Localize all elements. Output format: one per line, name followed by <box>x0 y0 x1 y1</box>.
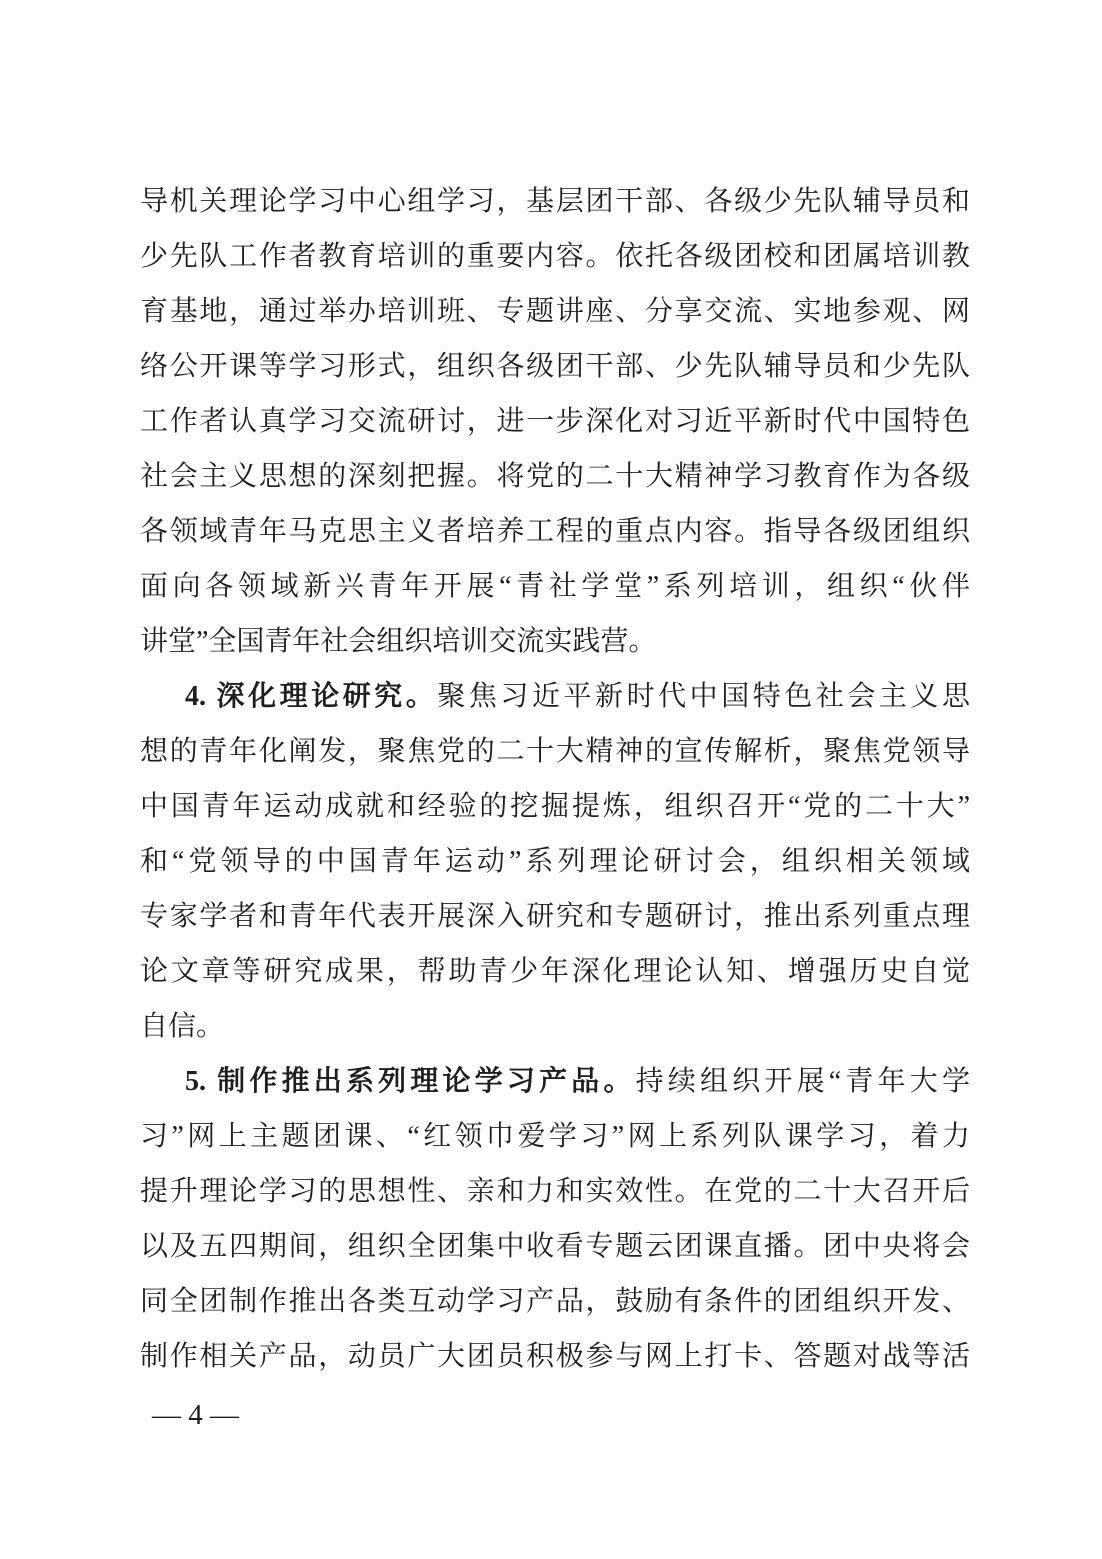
text-line: 络公开课等学习形式，组织各级团干部、少先队辅导员和少先队 <box>140 339 970 394</box>
text-line: 制作相关产品，动员广大团员积极参与网上打卡、答题对战等活 <box>140 1329 970 1384</box>
text-line: 论文章等研究成果，帮助青少年深化理论认知、增强历史自觉 <box>140 944 970 999</box>
text-line: 5. 制作推出系列理论学习产品。持续组织开展“青年大学 <box>140 1054 970 1109</box>
text-line: 和“党领导的中国青年运动”系列理论研讨会，组织相关领域 <box>140 834 970 889</box>
text-line: 专家学者和青年代表开展深入研究和专题研讨，推出系列重点理 <box>140 889 970 944</box>
document-body: 导机关理论学习中心组学习，基层团干部、各级少先队辅导员和少先队工作者教育培训的重… <box>140 174 970 1384</box>
text-line: 以及五四期间，组织全团集中收看专题云团课直播。团中央将会 <box>140 1219 970 1274</box>
text-line: 少先队工作者教育培训的重要内容。依托各级团校和团属培训教 <box>140 229 970 284</box>
text-line: 各领域青年马克思主义者培养工程的重点内容。指导各级团组织 <box>140 504 970 559</box>
document-page: 导机关理论学习中心组学习，基层团干部、各级少先队辅导员和少先队工作者教育培训的重… <box>0 0 1102 1559</box>
paragraph-lead-bold: 5. 制作推出系列理论学习产品。 <box>185 1066 636 1097</box>
text-line: 提升理论学习的思想性、亲和力和实效性。在党的二十大召开后 <box>140 1164 970 1219</box>
text-line: 4. 深化理论研究。聚焦习近平新时代中国特色社会主义思 <box>140 669 970 724</box>
text-line: 讲堂”全国青年社会组织培训交流实践营。 <box>140 614 970 669</box>
text-line: 习”网上主题团课、“红领巾爱学习”网上系列队课学习，着力 <box>140 1109 970 1164</box>
page-number: — 4 — <box>152 1395 239 1435</box>
text-line: 导机关理论学习中心组学习，基层团干部、各级少先队辅导员和 <box>140 174 970 229</box>
text-line: 面向各领域新兴青年开展“青社学堂”系列培训，组织“伙伴 <box>140 559 970 614</box>
text-line: 自信。 <box>140 999 970 1054</box>
text-line: 想的青年化阐发，聚焦党的二十大精神的宣传解析，聚焦党领导 <box>140 724 970 779</box>
text-line: 工作者认真学习交流研讨，进一步深化对习近平新时代中国特色 <box>140 394 970 449</box>
paragraph-lead-bold: 4. 深化理论研究。 <box>185 681 437 712</box>
text-line: 同全团制作推出各类互动学习产品，鼓励有条件的团组织开发、 <box>140 1274 970 1329</box>
text-line: 社会主义思想的深刻把握。将党的二十大精神学习教育作为各级 <box>140 449 970 504</box>
text-line: 育基地，通过举办培训班、专题讲座、分享交流、实地参观、网 <box>140 284 970 339</box>
text-line: 中国青年运动成就和经验的挖掘提炼，组织召开“党的二十大” <box>140 779 970 834</box>
